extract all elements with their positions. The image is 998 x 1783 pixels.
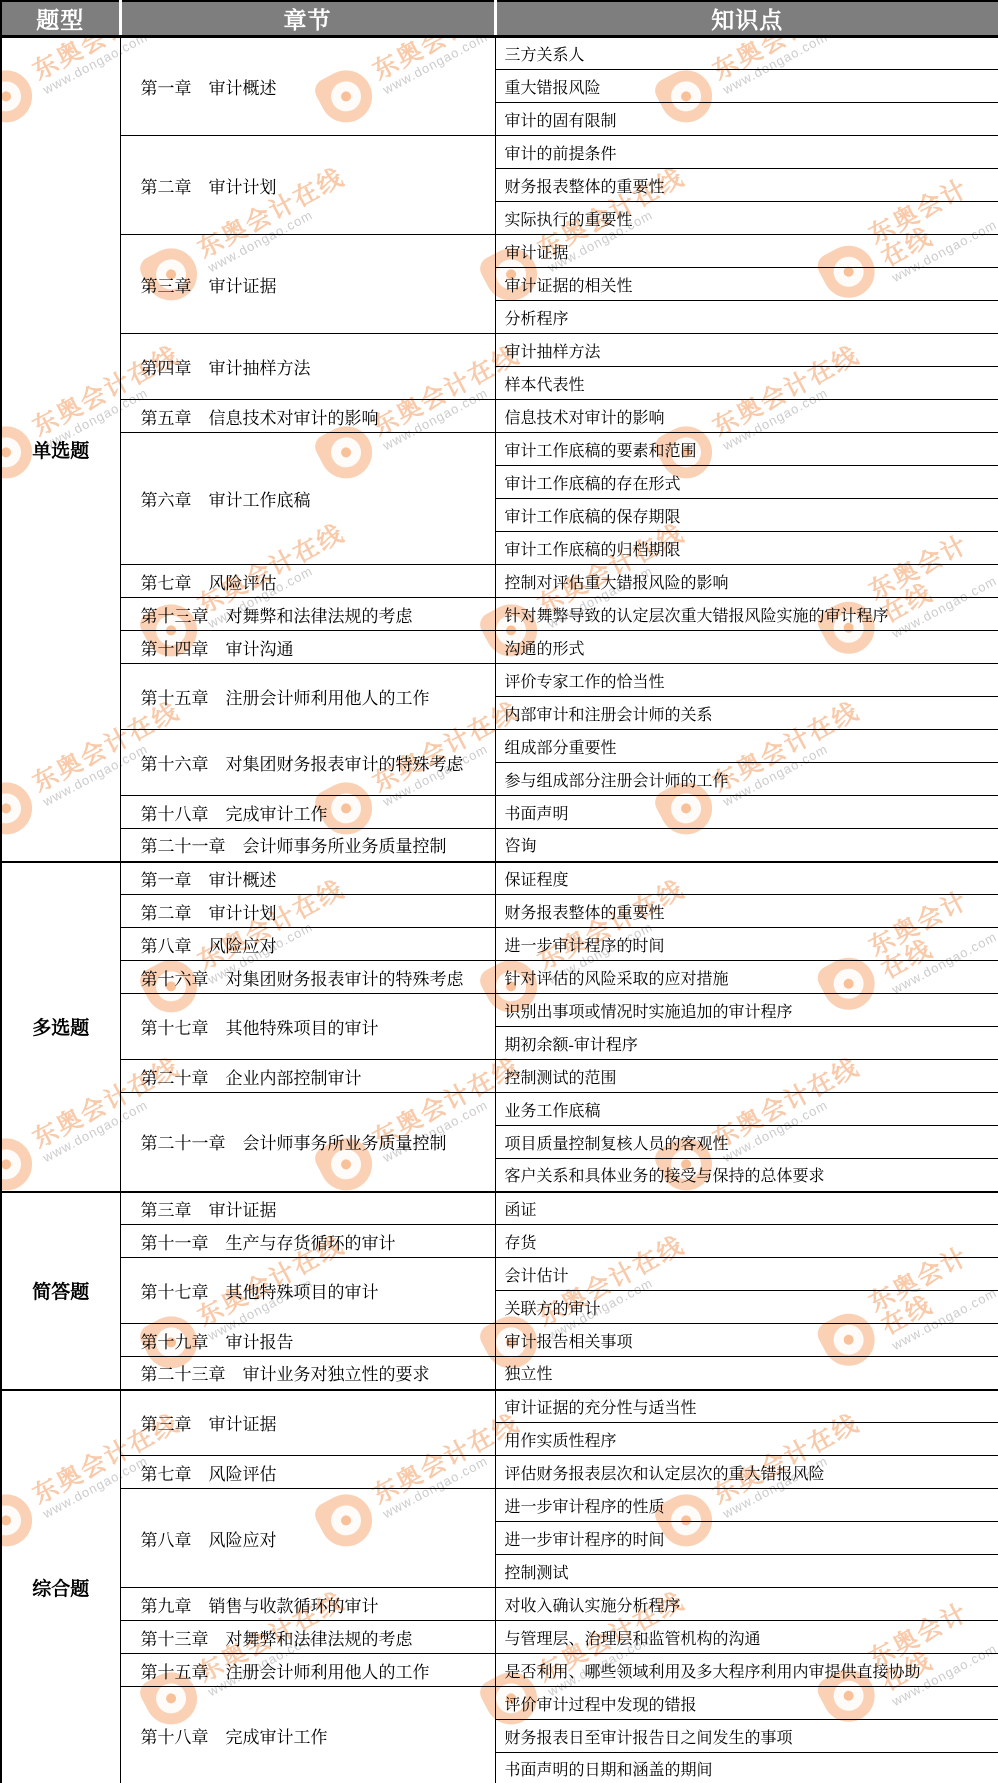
table-row: 第十三章 对舞弊和法律法规的考虑与管理层、治理层和监管机构的沟通 [1,1621,998,1654]
chapter-cell: 第二十一章 会计师事务所业务质量控制 [120,1093,495,1192]
table-row: 第十九章 审计报告审计报告相关事项 [1,1324,998,1357]
knowledge-point-cell: 咨询 [495,829,998,862]
chapter-cell: 第一章 审计概述 [120,37,495,136]
knowledge-point-cell: 保证程度 [495,862,998,895]
table-row: 第六章 审计工作底稿审计工作底稿的要素和范围 [1,433,998,466]
table-row: 第二章 审计计划财务报表整体的重要性 [1,895,998,928]
knowledge-point-cell: 沟通的形式 [495,631,998,664]
knowledge-point-cell: 是否利用、哪些领域利用及多大程序利用内审提供直接协助 [495,1654,998,1687]
chapter-cell: 第十五章 注册会计师利用他人的工作 [120,1654,495,1687]
table-row: 多选题第一章 审计概述保证程度 [1,862,998,895]
table-row: 第十八章 完成审计工作评价审计过程中发现的错报 [1,1687,998,1720]
table-row: 第十七章 其他特殊项目的审计识别出事项或情况时实施追加的审计程序 [1,994,998,1027]
knowledge-point-cell: 针对评估的风险采取的应对措施 [495,961,998,994]
question-type-cell: 简答题 [1,1192,120,1390]
knowledge-point-cell: 评价审计过程中发现的错报 [495,1687,998,1720]
knowledge-point-cell: 参与组成部分注册会计师的工作 [495,763,998,796]
chapter-cell: 第十三章 对舞弊和法律法规的考虑 [120,598,495,631]
table-row: 第十五章 注册会计师利用他人的工作评价专家工作的恰当性 [1,664,998,697]
chapter-cell: 第十七章 其他特殊项目的审计 [120,1258,495,1324]
knowledge-point-cell: 审计的前提条件 [495,136,998,169]
table-row: 第四章 审计抽样方法审计抽样方法 [1,334,998,367]
chapter-cell: 第九章 销售与收款循环的审计 [120,1588,495,1621]
table-row: 第三章 审计证据审计证据 [1,235,998,268]
table-row: 第二章 审计计划审计的前提条件 [1,136,998,169]
chapter-cell: 第二十章 企业内部控制审计 [120,1060,495,1093]
table-row: 第十八章 完成审计工作书面声明 [1,796,998,829]
knowledge-point-cell: 审计报告相关事项 [495,1324,998,1357]
chapter-cell: 第一章 审计概述 [120,862,495,895]
knowledge-point-cell: 独立性 [495,1357,998,1390]
table-row: 第八章 风险应对进一步审计程序的性质 [1,1489,998,1522]
knowledge-point-cell: 期初余额-审计程序 [495,1027,998,1060]
chapter-cell: 第七章 风险评估 [120,565,495,598]
knowledge-point-cell: 进一步审计程序的性质 [495,1489,998,1522]
table-row: 第二十三章 审计业务对独立性的要求独立性 [1,1357,998,1390]
chapter-cell: 第十三章 对舞弊和法律法规的考虑 [120,1621,495,1654]
chapter-cell: 第三章 审计证据 [120,235,495,334]
knowledge-point-cell: 控制测试的范围 [495,1060,998,1093]
knowledge-point-cell: 评估财务报表层次和认定层次的重大错报风险 [495,1456,998,1489]
question-type-cell: 单选题 [1,37,120,862]
knowledge-point-cell: 评价专家工作的恰当性 [495,664,998,697]
table-row: 第十六章 对集团财务报表审计的特殊考虑组成部分重要性 [1,730,998,763]
header-knowledge-point: 知识点 [495,1,998,37]
table-row: 第十五章 注册会计师利用他人的工作是否利用、哪些领域利用及多大程序利用内审提供直… [1,1654,998,1687]
knowledge-point-cell: 会计估计 [495,1258,998,1291]
knowledge-point-cell: 存货 [495,1225,998,1258]
chapter-cell: 第二章 审计计划 [120,136,495,235]
chapter-cell: 第六章 审计工作底稿 [120,433,495,565]
knowledge-point-cell: 审计工作底稿的要素和范围 [495,433,998,466]
chapter-cell: 第十六章 对集团财务报表审计的特殊考虑 [120,961,495,994]
knowledge-point-cell: 针对舞弊导致的认定层次重大错报风险实施的审计程序 [495,598,998,631]
knowledge-point-cell: 组成部分重要性 [495,730,998,763]
chapter-cell: 第十四章 审计沟通 [120,631,495,664]
question-type-cell: 多选题 [1,862,120,1192]
knowledge-point-cell: 审计工作底稿的保存期限 [495,499,998,532]
knowledge-point-cell: 实际执行的重要性 [495,202,998,235]
study-guide-page: 东奥会计在线www.dongao.com东奥会计在线www.dongao.com… [0,0,998,1783]
knowledge-point-cell: 审计抽样方法 [495,334,998,367]
knowledge-point-cell: 函证 [495,1192,998,1225]
chapter-cell: 第二十三章 审计业务对独立性的要求 [120,1357,495,1390]
table-row: 第八章 风险应对进一步审计程序的时间 [1,928,998,961]
chapter-cell: 第二章 审计计划 [120,895,495,928]
header-row: 题型 章节 知识点 [1,1,998,37]
knowledge-point-cell: 项目质量控制复核人员的客观性 [495,1126,998,1159]
table-row: 综合题第三章 审计证据审计证据的充分性与适当性 [1,1390,998,1423]
table-row: 第十一章 生产与存货循环的审计存货 [1,1225,998,1258]
knowledge-point-cell: 业务工作底稿 [495,1093,998,1126]
chapter-cell: 第八章 风险应对 [120,928,495,961]
knowledge-point-cell: 控制测试 [495,1555,998,1588]
chapter-cell: 第四章 审计抽样方法 [120,334,495,400]
chapter-cell: 第十八章 完成审计工作 [120,796,495,829]
table-body: 单选题第一章 审计概述三方关系人重大错报风险审计的固有限制第二章 审计计划审计的… [1,37,998,1783]
table-row: 第五章 信息技术对审计的影响信息技术对审计的影响 [1,400,998,433]
exam-knowledge-table: 题型 章节 知识点 单选题第一章 审计概述三方关系人重大错报风险审计的固有限制第… [0,0,998,1783]
chapter-cell: 第八章 风险应对 [120,1489,495,1588]
table-row: 第二十章 企业内部控制审计控制测试的范围 [1,1060,998,1093]
table-row: 第二十一章 会计师事务所业务质量控制业务工作底稿 [1,1093,998,1126]
knowledge-point-cell: 控制对评估重大错报风险的影响 [495,565,998,598]
question-type-cell: 综合题 [1,1390,120,1783]
knowledge-point-cell: 与管理层、治理层和监管机构的沟通 [495,1621,998,1654]
knowledge-point-cell: 对收入确认实施分析程序 [495,1588,998,1621]
chapter-cell: 第二十一章 会计师事务所业务质量控制 [120,829,495,862]
table-row: 第二十一章 会计师事务所业务质量控制咨询 [1,829,998,862]
chapter-cell: 第十九章 审计报告 [120,1324,495,1357]
knowledge-point-cell: 内部审计和注册会计师的关系 [495,697,998,730]
chapter-cell: 第三章 审计证据 [120,1390,495,1456]
chapter-cell: 第十六章 对集团财务报表审计的特殊考虑 [120,730,495,796]
table-row: 第十六章 对集团财务报表审计的特殊考虑针对评估的风险采取的应对措施 [1,961,998,994]
knowledge-point-cell: 财务报表日至审计报告日之间发生的事项 [495,1720,998,1753]
chapter-cell: 第三章 审计证据 [120,1192,495,1225]
knowledge-point-cell: 审计的固有限制 [495,103,998,136]
chapter-cell: 第五章 信息技术对审计的影响 [120,400,495,433]
knowledge-point-cell: 进一步审计程序的时间 [495,928,998,961]
knowledge-point-cell: 关联方的审计 [495,1291,998,1324]
knowledge-point-cell: 分析程序 [495,301,998,334]
header-question-type: 题型 [1,1,120,37]
knowledge-point-cell: 重大错报风险 [495,70,998,103]
knowledge-point-cell: 样本代表性 [495,367,998,400]
table-row: 第七章 风险评估控制对评估重大错报风险的影响 [1,565,998,598]
chapter-cell: 第七章 风险评估 [120,1456,495,1489]
table-row: 单选题第一章 审计概述三方关系人 [1,37,998,70]
table-row: 第七章 风险评估评估财务报表层次和认定层次的重大错报风险 [1,1456,998,1489]
knowledge-point-cell: 书面声明 [495,796,998,829]
knowledge-point-cell: 审计证据 [495,235,998,268]
table-row: 第九章 销售与收款循环的审计对收入确认实施分析程序 [1,1588,998,1621]
table-row: 第十七章 其他特殊项目的审计会计估计 [1,1258,998,1291]
knowledge-point-cell: 书面声明的日期和涵盖的期间 [495,1753,998,1783]
knowledge-point-cell: 三方关系人 [495,37,998,70]
knowledge-point-cell: 客户关系和具体业务的接受与保持的总体要求 [495,1159,998,1192]
knowledge-point-cell: 识别出事项或情况时实施追加的审计程序 [495,994,998,1027]
table-row: 简答题第三章 审计证据函证 [1,1192,998,1225]
knowledge-point-cell: 财务报表整体的重要性 [495,895,998,928]
knowledge-point-cell: 审计证据的相关性 [495,268,998,301]
knowledge-point-cell: 进一步审计程序的时间 [495,1522,998,1555]
table-row: 第十三章 对舞弊和法律法规的考虑针对舞弊导致的认定层次重大错报风险实施的审计程序 [1,598,998,631]
knowledge-point-cell: 审计证据的充分性与适当性 [495,1390,998,1423]
knowledge-point-cell: 审计工作底稿的存在形式 [495,466,998,499]
knowledge-point-cell: 审计工作底稿的归档期限 [495,532,998,565]
header-chapter: 章节 [120,1,495,37]
knowledge-point-cell: 信息技术对审计的影响 [495,400,998,433]
knowledge-point-cell: 财务报表整体的重要性 [495,169,998,202]
chapter-cell: 第十八章 完成审计工作 [120,1687,495,1783]
knowledge-point-cell: 用作实质性程序 [495,1423,998,1456]
table-row: 第十四章 审计沟通沟通的形式 [1,631,998,664]
chapter-cell: 第十一章 生产与存货循环的审计 [120,1225,495,1258]
chapter-cell: 第十五章 注册会计师利用他人的工作 [120,664,495,730]
chapter-cell: 第十七章 其他特殊项目的审计 [120,994,495,1060]
